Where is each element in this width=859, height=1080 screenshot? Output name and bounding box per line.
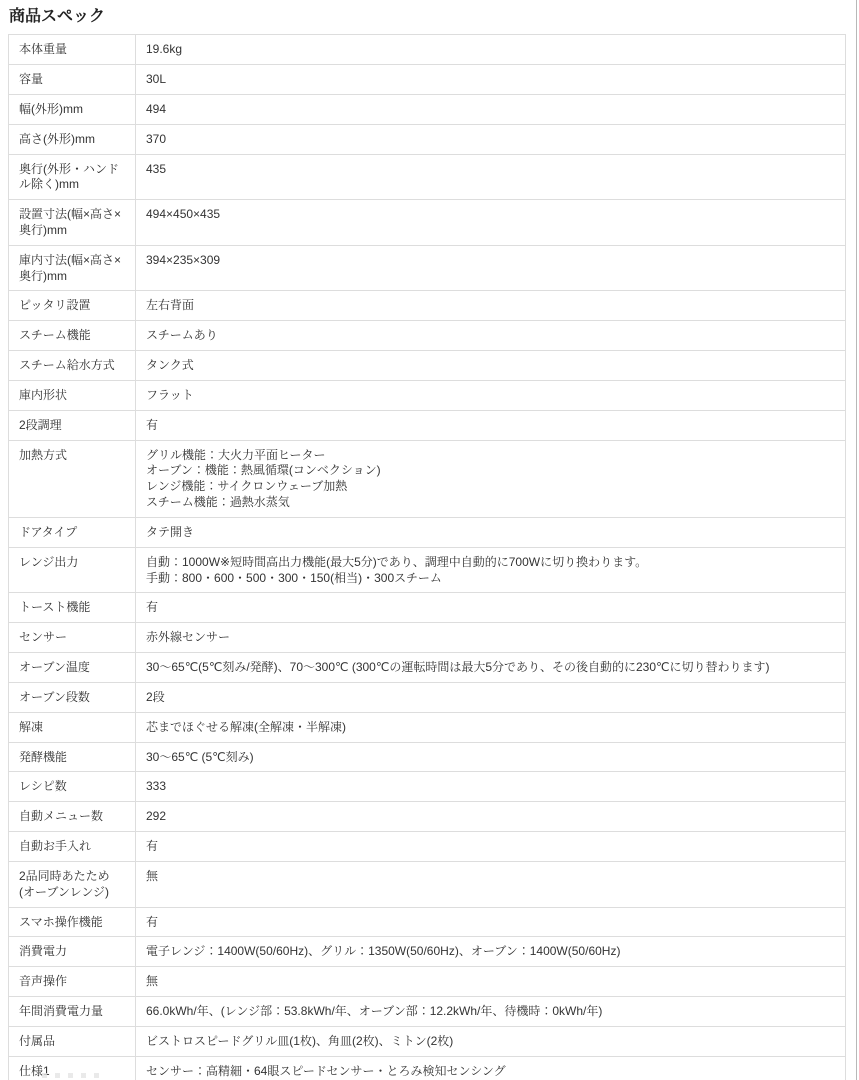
spec-value: 333 bbox=[136, 772, 846, 802]
spec-label: オーブン段数 bbox=[9, 682, 136, 712]
spec-label: 高さ(外形)mm bbox=[9, 124, 136, 154]
spec-value: グリル機能：大火力平面ヒーター オーブン：機能：熱風循環(コンベクション) レン… bbox=[136, 440, 846, 517]
spec-label: レシピ数 bbox=[9, 772, 136, 802]
table-row: 消費電力電子レンジ：1400W(50/60Hz)、グリル：1350W(50/60… bbox=[9, 937, 846, 967]
spec-label: トースト機能 bbox=[9, 593, 136, 623]
spec-value: ビストロスピードグリル皿(1枚)、角皿(2枚)、ミトン(2枚) bbox=[136, 1026, 846, 1056]
spec-value: 無 bbox=[136, 861, 846, 907]
spec-label: 自動メニュー数 bbox=[9, 802, 136, 832]
spec-label: 解凍 bbox=[9, 712, 136, 742]
spec-table-body: 本体重量19.6kg容量30L幅(外形)mm494高さ(外形)mm370奥行(外… bbox=[9, 35, 846, 1080]
spec-value: 電子レンジ：1400W(50/60Hz)、グリル：1350W(50/60Hz)、… bbox=[136, 937, 846, 967]
table-row: レシピ数333 bbox=[9, 772, 846, 802]
truncated-next-section-heading bbox=[42, 1073, 104, 1078]
table-row: 庫内寸法(幅×高さ×奥行)mm394×235×309 bbox=[9, 245, 846, 291]
spec-label: 年間消費電力量 bbox=[9, 997, 136, 1027]
spec-label: センサー bbox=[9, 623, 136, 653]
spec-label: 2段調理 bbox=[9, 410, 136, 440]
spec-value: 有 bbox=[136, 593, 846, 623]
spec-value: 19.6kg bbox=[136, 35, 846, 65]
table-row: オーブン温度30〜65℃(5℃刻み/発酵)、70〜300℃ (300℃の運転時間… bbox=[9, 653, 846, 683]
spec-value: 2段 bbox=[136, 682, 846, 712]
spec-label: スチーム給水方式 bbox=[9, 351, 136, 381]
spec-label: 本体重量 bbox=[9, 35, 136, 65]
spec-value: 左右背面 bbox=[136, 291, 846, 321]
spec-value: 66.0kWh/年、(レンジ部：53.8kWh/年、オーブン部：12.2kWh/… bbox=[136, 997, 846, 1027]
spec-value: 30〜65℃ (5℃刻み) bbox=[136, 742, 846, 772]
spec-label: 奥行(外形・ハンドル除く)mm bbox=[9, 154, 136, 200]
table-row: レンジ出力自動：1000W※短時間高出力機能(最大5分)であり、調理中自動的に7… bbox=[9, 547, 846, 593]
table-row: 加熱方式グリル機能：大火力平面ヒーター オーブン：機能：熱風循環(コンベクション… bbox=[9, 440, 846, 517]
spec-label: 設置寸法(幅×高さ×奥行)mm bbox=[9, 200, 136, 246]
table-row: 解凍芯までほぐせる解凍(全解凍・半解凍) bbox=[9, 712, 846, 742]
spec-value: 赤外線センサー bbox=[136, 623, 846, 653]
spec-label: 音声操作 bbox=[9, 967, 136, 997]
table-row: 設置寸法(幅×高さ×奥行)mm494×450×435 bbox=[9, 200, 846, 246]
table-row: 奥行(外形・ハンドル除く)mm435 bbox=[9, 154, 846, 200]
spec-value: 394×235×309 bbox=[136, 245, 846, 291]
spec-value: 292 bbox=[136, 802, 846, 832]
table-row: オーブン段数2段 bbox=[9, 682, 846, 712]
product-spec-page: 商品スペック 本体重量19.6kg容量30L幅(外形)mm494高さ(外形)mm… bbox=[0, 0, 859, 1080]
spec-value: 30〜65℃(5℃刻み/発酵)、70〜300℃ (300℃の運転時間は最大5分で… bbox=[136, 653, 846, 683]
table-row: 年間消費電力量66.0kWh/年、(レンジ部：53.8kWh/年、オーブン部：1… bbox=[9, 997, 846, 1027]
spec-label: 消費電力 bbox=[9, 937, 136, 967]
page-title: 商品スペック bbox=[0, 0, 859, 34]
spec-label: 加熱方式 bbox=[9, 440, 136, 517]
table-row: センサー赤外線センサー bbox=[9, 623, 846, 653]
table-row: 自動お手入れ有 bbox=[9, 832, 846, 862]
spec-label: 幅(外形)mm bbox=[9, 94, 136, 124]
table-row: 本体重量19.6kg bbox=[9, 35, 846, 65]
spec-value: 494 bbox=[136, 94, 846, 124]
table-row: トースト機能有 bbox=[9, 593, 846, 623]
spec-label: 2品同時あたため(オーブンレンジ) bbox=[9, 861, 136, 907]
spec-value: フラット bbox=[136, 380, 846, 410]
table-row: ピッタリ設置左右背面 bbox=[9, 291, 846, 321]
spec-value: 30L bbox=[136, 65, 846, 95]
table-row: 自動メニュー数292 bbox=[9, 802, 846, 832]
spec-label: ドアタイプ bbox=[9, 517, 136, 547]
spec-label: ピッタリ設置 bbox=[9, 291, 136, 321]
spec-value: 自動：1000W※短時間高出力機能(最大5分)であり、調理中自動的に700Wに切… bbox=[136, 547, 846, 593]
spec-value: 有 bbox=[136, 410, 846, 440]
spec-label: 庫内形状 bbox=[9, 380, 136, 410]
spec-value: タンク式 bbox=[136, 351, 846, 381]
spec-label: 発酵機能 bbox=[9, 742, 136, 772]
table-row: 容量30L bbox=[9, 65, 846, 95]
table-row: 仕様1センサー：高精細・64眼スピードセンサー・とろみ検知センシング bbox=[9, 1056, 846, 1080]
table-row: スチーム機能スチームあり bbox=[9, 321, 846, 351]
spec-value: 435 bbox=[136, 154, 846, 200]
spec-label: 付属品 bbox=[9, 1026, 136, 1056]
table-row: ドアタイプタテ開き bbox=[9, 517, 846, 547]
spec-value: 370 bbox=[136, 124, 846, 154]
table-row: 庫内形状フラット bbox=[9, 380, 846, 410]
content-column-edge bbox=[856, 0, 857, 1080]
spec-value: 芯までほぐせる解凍(全解凍・半解凍) bbox=[136, 712, 846, 742]
spec-value: スチームあり bbox=[136, 321, 846, 351]
spec-value: センサー：高精細・64眼スピードセンサー・とろみ検知センシング bbox=[136, 1056, 846, 1080]
spec-label: 庫内寸法(幅×高さ×奥行)mm bbox=[9, 245, 136, 291]
spec-value: 494×450×435 bbox=[136, 200, 846, 246]
table-row: 高さ(外形)mm370 bbox=[9, 124, 846, 154]
table-row: スマホ操作機能有 bbox=[9, 907, 846, 937]
table-row: 幅(外形)mm494 bbox=[9, 94, 846, 124]
spec-label: 自動お手入れ bbox=[9, 832, 136, 862]
table-row: 2段調理有 bbox=[9, 410, 846, 440]
spec-value: タテ開き bbox=[136, 517, 846, 547]
table-row: 音声操作無 bbox=[9, 967, 846, 997]
spec-label: オーブン温度 bbox=[9, 653, 136, 683]
spec-label: スチーム機能 bbox=[9, 321, 136, 351]
spec-table: 本体重量19.6kg容量30L幅(外形)mm494高さ(外形)mm370奥行(外… bbox=[8, 34, 846, 1080]
spec-label: スマホ操作機能 bbox=[9, 907, 136, 937]
spec-value: 有 bbox=[136, 907, 846, 937]
table-row: 付属品ビストロスピードグリル皿(1枚)、角皿(2枚)、ミトン(2枚) bbox=[9, 1026, 846, 1056]
spec-label: 容量 bbox=[9, 65, 136, 95]
table-row: 2品同時あたため(オーブンレンジ)無 bbox=[9, 861, 846, 907]
spec-value: 有 bbox=[136, 832, 846, 862]
table-row: スチーム給水方式タンク式 bbox=[9, 351, 846, 381]
spec-value: 無 bbox=[136, 967, 846, 997]
table-row: 発酵機能30〜65℃ (5℃刻み) bbox=[9, 742, 846, 772]
spec-label: レンジ出力 bbox=[9, 547, 136, 593]
